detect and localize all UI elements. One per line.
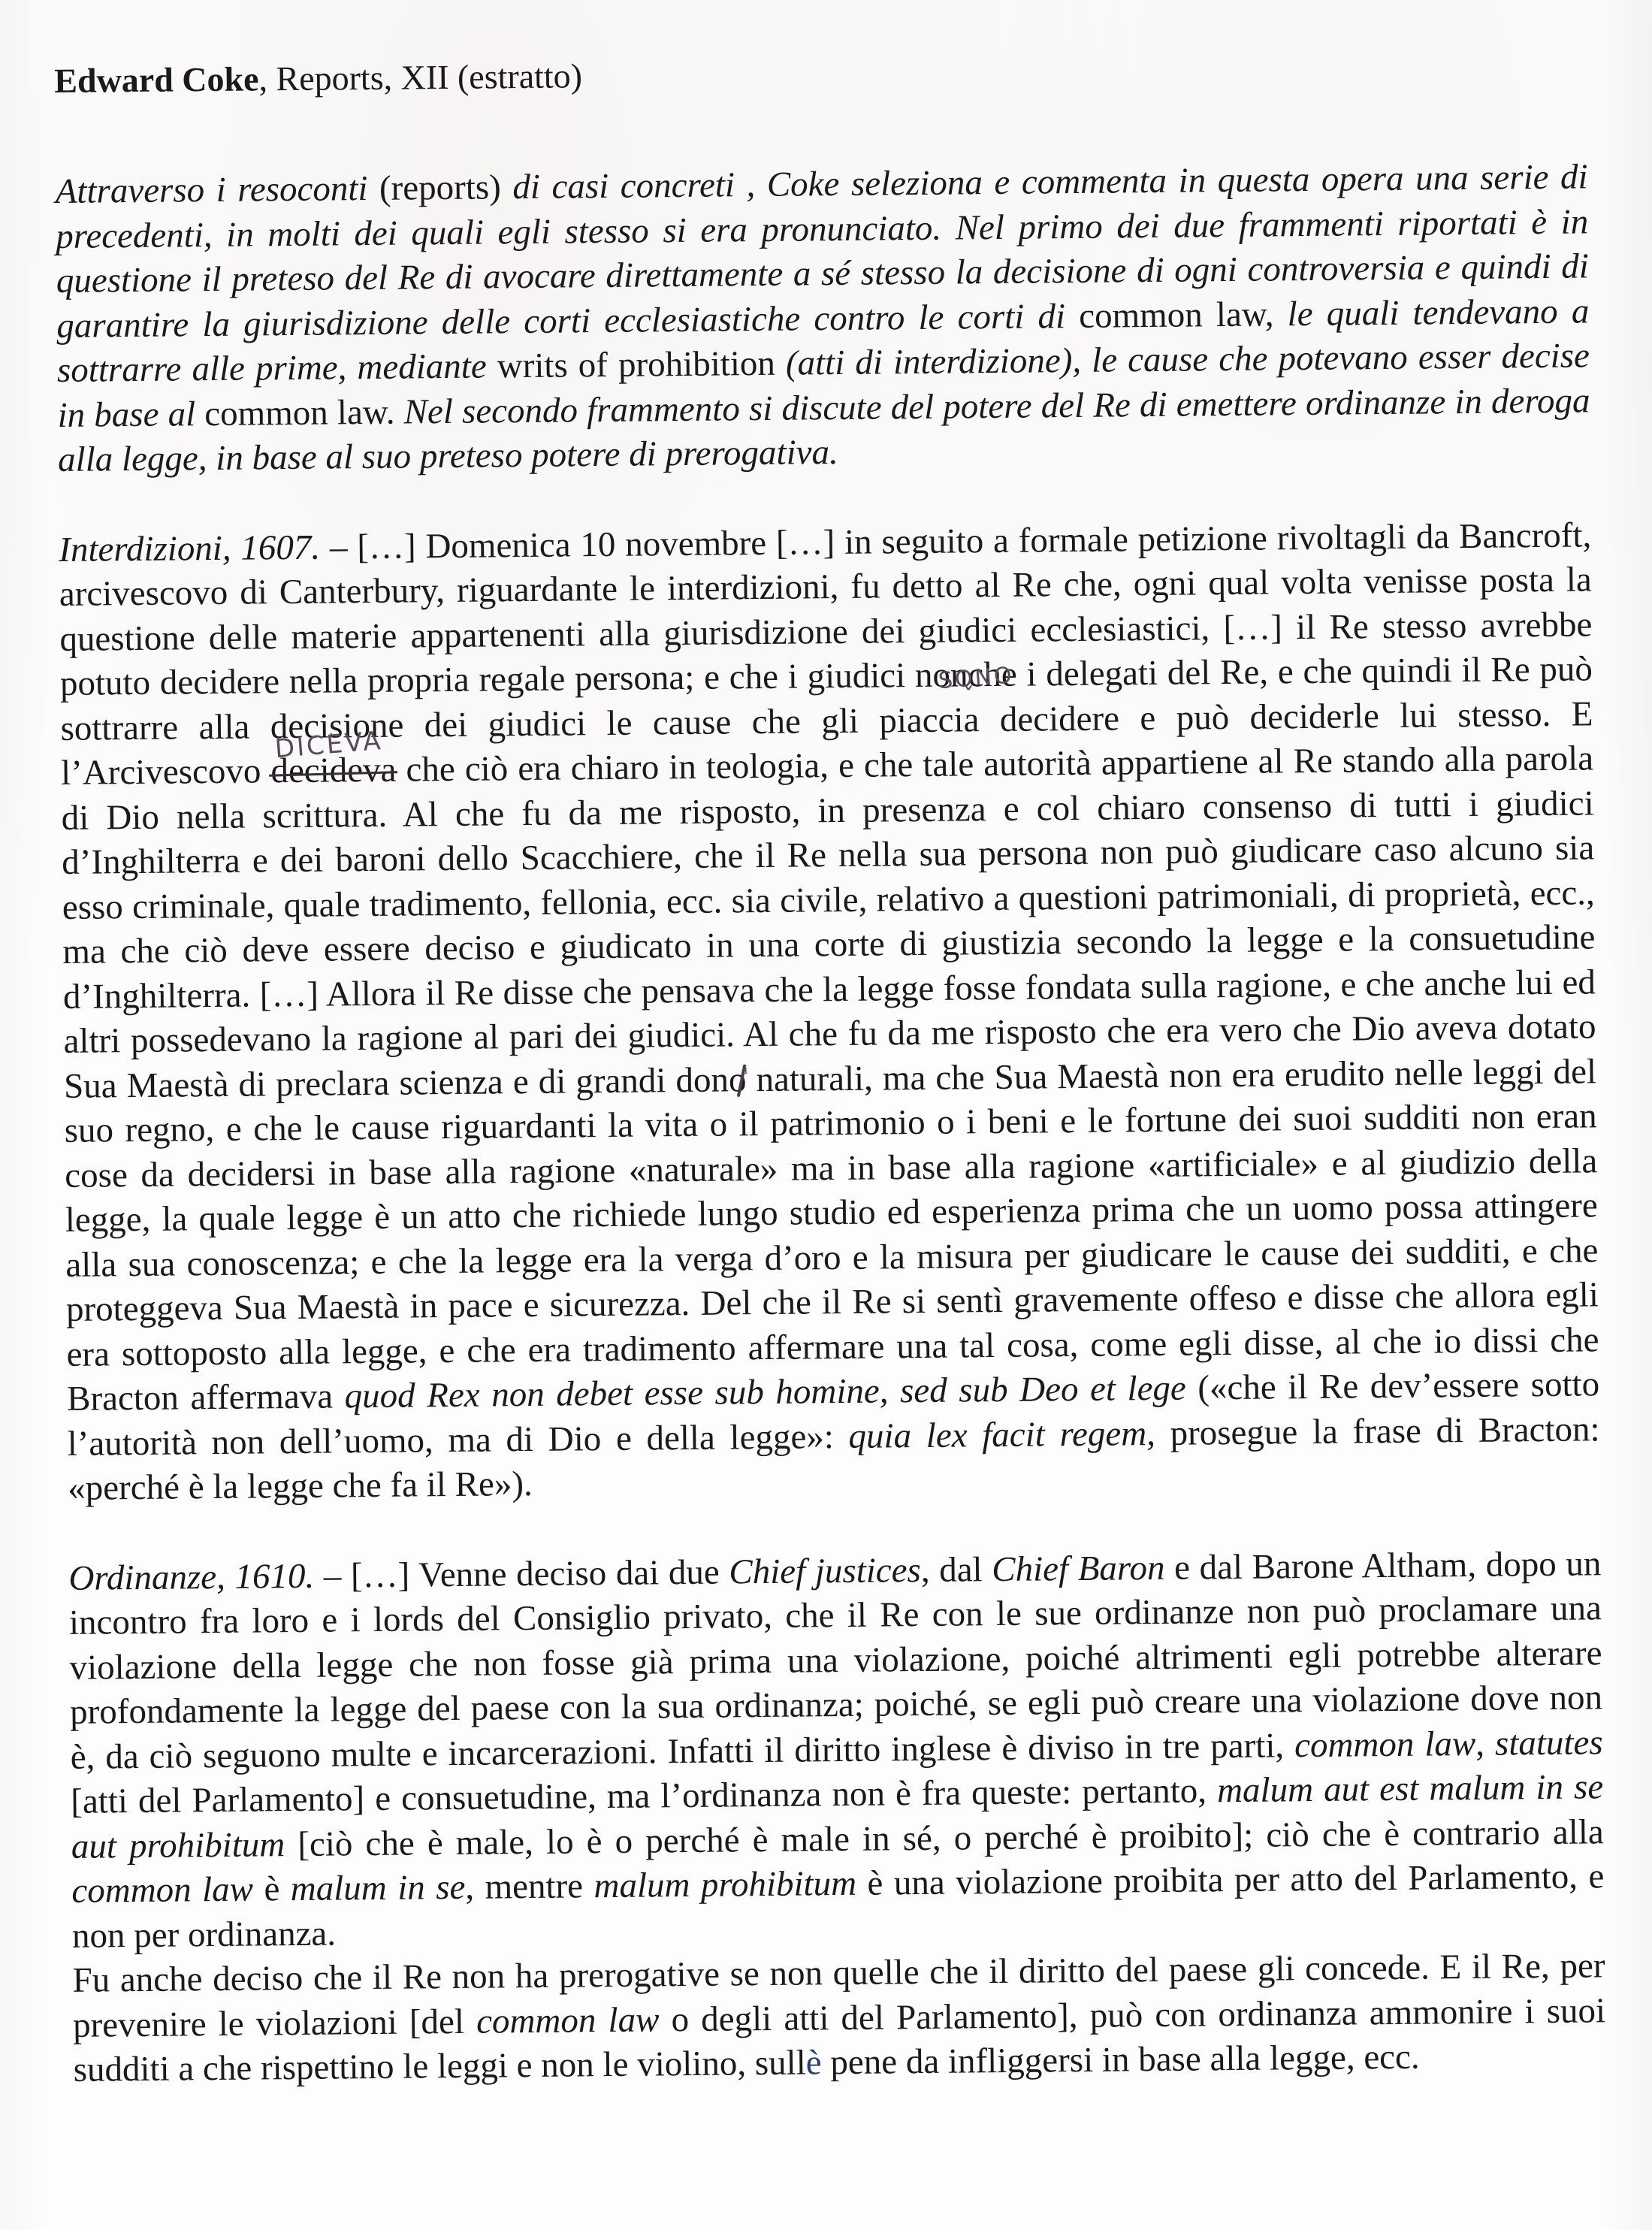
intro-term-common-law: common law.: [204, 392, 395, 433]
body-text: è: [253, 1869, 291, 1908]
page-title: Edward Coke, Reports, XII (estratto): [54, 44, 1587, 104]
term-chief-justices: Chief justices: [729, 1551, 921, 1591]
body-text: pene da infliggersi in base alla legge, …: [821, 2038, 1420, 2083]
body-text: naturali, ma che Sua Maestà non era erud…: [64, 1052, 1599, 1419]
title-author: Edward Coke: [54, 59, 259, 100]
corrected-word-dono: donoi: [675, 1058, 747, 1103]
body-text: [atti del Parlamento] e consuetudine, ma…: [71, 1771, 1217, 1821]
intro-text: Attraverso i resoconti: [55, 169, 379, 211]
handwritten-annotation-i: i: [744, 1047, 748, 1092]
intro-term-reports: (reports): [379, 168, 501, 208]
term-chief-baron: Chief Baron: [992, 1548, 1165, 1588]
handwritten-annotation-sono: SONO: [936, 653, 1015, 703]
intro-term-common-law: common law,: [1079, 295, 1274, 335]
term-common-law: common law: [476, 2000, 660, 2041]
body-text: [ciò che è male, lo è o perché è male in…: [285, 1812, 1604, 1864]
term-malum-prohibitum: malum prohibitum: [593, 1864, 856, 1905]
body-text: – […] Venne deciso dai due: [314, 1552, 729, 1595]
word-dono: dono: [675, 1060, 746, 1100]
section-interdizioni: Interdizioni, 1607. – […] Domenica 10 no…: [59, 513, 1600, 1512]
body-text: ,: [1475, 1724, 1495, 1763]
term-common-law: common law: [71, 1870, 253, 1911]
section-heading-interdizioni: Interdizioni, 1607.: [59, 527, 320, 569]
intro-paragraph: Attraverso i resoconti (reports) di casi…: [55, 155, 1590, 482]
latin-quote-bracton: quod Rex non debet esse sub homine, sed …: [344, 1369, 1186, 1416]
section-ordinanze: Ordinanze, 1610. – […] Venne deciso dai …: [68, 1542, 1605, 1959]
struck-word-container: decidevaDICEVA: [270, 748, 397, 794]
term-common-law: common law: [1294, 1724, 1476, 1764]
term-malum-in-se: malum in se: [291, 1868, 466, 1908]
section-ordinanze-continued: Fu anche deciso che il Re non ha preroga…: [72, 1944, 1606, 2093]
body-text: che ciò era chiaro in teologia, e che ta…: [61, 739, 1596, 1105]
document-page: Edward Coke, Reports, XII (estratto) Att…: [54, 44, 1606, 2093]
title-rest: , Reports, XII (estratto): [258, 56, 582, 98]
body-text: , mentre: [465, 1866, 594, 1907]
latin-quote-lex-facit-regem: quia lex facit regem,: [848, 1414, 1155, 1456]
body-text: , dal: [921, 1550, 992, 1590]
term-statutes: statutes: [1495, 1723, 1603, 1763]
section-heading-ordinanze: Ordinanze, 1610.: [68, 1556, 314, 1597]
handwritten-annotation-diceva: DICEVA: [273, 719, 385, 772]
intro-term-writs: writs of prohibition: [497, 344, 775, 386]
handwritten-accent-mark: è: [805, 2043, 821, 2082]
